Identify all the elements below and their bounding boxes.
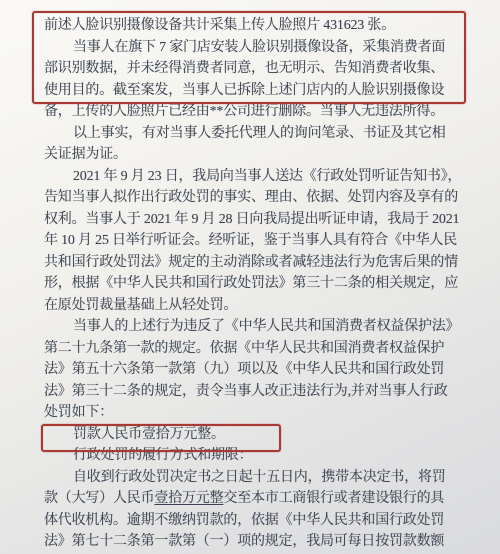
text-line: 行政处罚的履行方式和期限： [44,445,464,467]
text-segment: 关证据为证。 [44,147,127,162]
text-segment: 行政处罚的履行方式和期限： [73,448,252,463]
text-segment: 部识别数据，并未经得消费者同意，也无明示、告知消费者收集、 [44,61,444,76]
text-segment: 交至本市工商银行或者建设银行的具 [223,491,444,506]
underlined-fine-amount: 壹拾万元整 [154,491,223,506]
text-line: 权利。当事人于 2021 年 9 月 28 日向我局提出听证申请，我局于 202… [44,209,464,231]
text-line: 年 10 月 25 日举行听证会。经听证，鉴于当事人具有符合《中华人民 [44,230,464,252]
text-line: 关证据为证。 [44,144,464,166]
scanned-document-page: 前述人脸识别摄像设备共计采集上传人脸照片 431623 张。当事人在旗下 7 家… [0,0,500,554]
text-line: 当事人的上述行为违反了《中华人民共和国消费者权益保护法》 [44,316,464,338]
text-segment: 体代收机构。逾期不缴纳罚款的，依据《中华人民共和国行政处罚 [44,513,444,528]
text-segment: 法》第七十二条第一款第（一）项的规定，我局可每日按罚款数额 [44,534,444,549]
text-segment: 形，根据《中华人民共和国行政处罚法》第三十二条的相关规定，应 [44,276,458,291]
text-segment: 在原处罚裁量基础上从轻处罚。 [44,298,237,313]
text-line: 以上事实，有对当事人委托代理人的询问笔录、书证及其它相 [44,123,464,145]
text-segment: 自收到行政处罚决定书之日起十五日内，携带本决定书，将罚 [73,470,446,485]
text-line: 法》第三十二条的规定，责令当事人改正违法行为,并对当事人行政 [44,381,464,403]
text-line: 法》第五十六条第一款第（九）项以及《中华人民共和国行政处罚 [44,359,464,381]
text-segment: 前述人脸识别摄像设备共计采集上传人脸照片 431623 张。 [44,18,395,33]
text-segment: 以上事实，有对当事人委托代理人的询问笔录、书证及其它相 [73,126,446,141]
text-line: 部识别数据，并未经得消费者同意，也无明示、告知消费者收集、 [44,58,464,80]
text-line: 自收到行政处罚决定书之日起十五日内，携带本决定书，将罚 [44,467,464,489]
text-line: 在原处罚裁量基础上从轻处罚。 [44,295,464,317]
text-line: 第二十九条第一款的规定。依据《中华人民共和国消费者权益保护 [44,338,464,360]
text-line: 使用目的。截至案发，当事人已拆除上述门店内的人脸识别摄像设 [44,80,464,102]
text-line: 前述人脸识别摄像设备共计采集上传人脸照片 431623 张。 [44,15,464,37]
text-segment: 当事人的上述行为违反了《中华人民共和国消费者权益保护法》 [73,319,459,334]
text-segment: 处罚如下： [44,405,113,420]
text-line: 体代收机构。逾期不缴纳罚款的，依据《中华人民共和国行政处罚 [44,510,464,532]
text-segment: 当事人在旗下 7 家门店安装人脸识别摄像设备，采集消费者面 [73,40,445,55]
text-segment: 年 10 月 25 日举行听证会。经听证，鉴于当事人具有符合《中华人民 [44,233,457,248]
text-line: 款（大写）人民币壹拾万元整交至本市工商银行或者建设银行的具 [44,488,464,510]
text-segment: 共和国行政处罚法》规定的主动消除或者减轻违法行为危害后果的情 [44,255,458,270]
text-line: 2021 年 9 月 23 日，我局向当事人送达《行政处罚听证告知书》， [44,166,464,188]
text-segment: 2021 年 9 月 23 日，我局向当事人送达《行政处罚听证告知书》， [73,169,461,184]
text-line: 罚款人民币壹拾万元整。 [44,424,464,446]
text-segment: 权利。当事人于 2021 年 9 月 28 日向我局提出听证申请，我局于 202… [44,212,459,227]
text-line: 共和国行政处罚法》规定的主动消除或者减轻违法行为危害后果的情 [44,252,464,274]
text-segment: 使用目的。截至案发，当事人已拆除上述门店内的人脸识别摄像设 [44,83,444,98]
text-line: 法》第七十二条第一款第（一）项的规定，我局可每日按罚款数额 [44,531,464,553]
text-segment: 告知当事人拟作出行政处罚的事实、理由、依据、处罚内容及享有的 [44,190,458,205]
document-text-body: 前述人脸识别摄像设备共计采集上传人脸照片 431623 张。当事人在旗下 7 家… [44,15,464,553]
text-line: 备，上传的人脸照片已经由**公司进行删除。当事人无违法所得。 [44,101,464,123]
text-segment: 罚款人民币壹拾万元整。 [73,427,225,442]
text-line: 当事人在旗下 7 家门店安装人脸识别摄像设备，采集消费者面 [44,37,464,59]
text-line: 处罚如下： [44,402,464,424]
text-line: 告知当事人拟作出行政处罚的事实、理由、依据、处罚内容及享有的 [44,187,464,209]
text-segment: 第二十九条第一款的规定。依据《中华人民共和国消费者权益保护 [44,341,444,356]
text-segment: 款（大写）人民币 [44,491,154,506]
text-line: 形，根据《中华人民共和国行政处罚法》第三十二条的相关规定，应 [44,273,464,295]
text-segment: 备，上传的人脸照片已经由**公司进行删除。当事人无违法所得。 [44,104,444,119]
text-segment: 法》第五十六条第一款第（九）项以及《中华人民共和国行政处罚 [44,362,444,377]
text-segment: 法》第三十二条的规定，责令当事人改正违法行为,并对当事人行政 [44,384,448,399]
